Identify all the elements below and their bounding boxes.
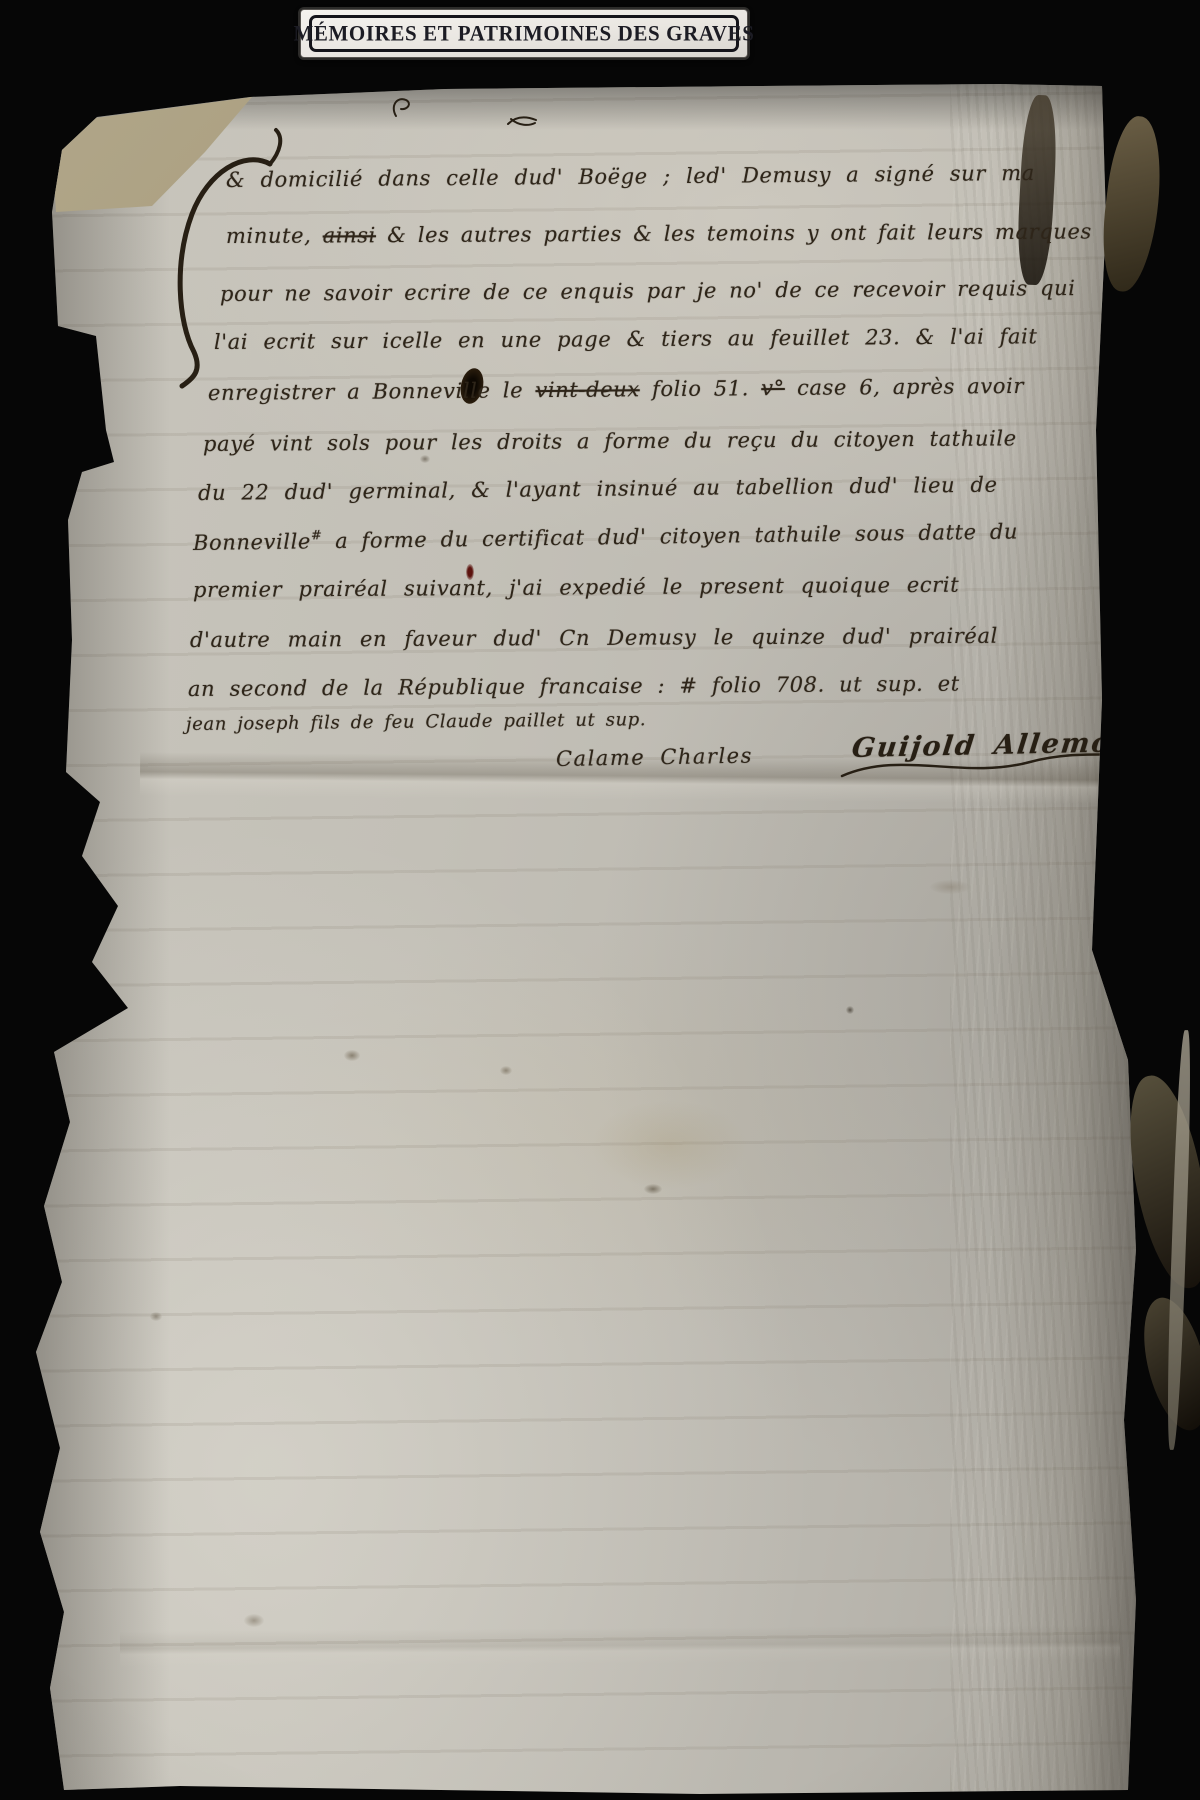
struck-word: v° [761, 376, 785, 400]
line-segment: Bonneville [193, 529, 311, 555]
archive-label-text: MÉMOIRES ET PATRIMOINES DES GRAVES [293, 20, 754, 46]
signature-calame-charles: Calame Charles [556, 744, 753, 771]
foxing-spot [150, 1312, 162, 1321]
insertion-mark: # [311, 528, 322, 543]
line-segment: case 6, après avoir [785, 374, 1024, 400]
archive-label-border: MÉMOIRES ET PATRIMOINES DES GRAVES [309, 15, 739, 52]
line-segment: enregistrer a Bonneville le [208, 378, 536, 405]
manuscript-line: d'autre main en faveur dud' Cn Demusy le… [190, 624, 998, 652]
yellow-tone-patch [420, 455, 430, 463]
foxing-spot [500, 1066, 512, 1075]
foxing-spot [344, 1050, 360, 1061]
line-segment: minute, [226, 223, 323, 248]
line-segment: folio 51. [640, 376, 762, 401]
archive-photo: MÉMOIRES ET PATRIMOINES DES GRAVES [0, 0, 1200, 1800]
line-segment: & les autres parties & les temoins y ont… [376, 219, 1092, 247]
manuscript-line: minute, ainsi & les autres parties & les… [226, 219, 1092, 248]
signature-flourish: Guijold Allemoz [850, 727, 1130, 764]
struck-word: vint-deux [535, 377, 639, 402]
struck-word: ainsi [323, 223, 376, 247]
foxing-spot [846, 1006, 854, 1014]
page-edge-fragment [1095, 113, 1168, 294]
page-edge-fragment [1132, 1291, 1200, 1437]
small-squiggle-mark [388, 92, 414, 122]
yellow-tone-patch [590, 1100, 750, 1190]
foxing-spot [244, 1614, 264, 1627]
manuscript-page: & domicilié dans celle dud' Boëge ; led'… [0, 0, 1200, 1800]
small-tick-mark [506, 112, 538, 130]
archive-label-plaque: MÉMOIRES ET PATRIMOINES DES GRAVES [300, 9, 748, 58]
smudge [930, 880, 970, 894]
